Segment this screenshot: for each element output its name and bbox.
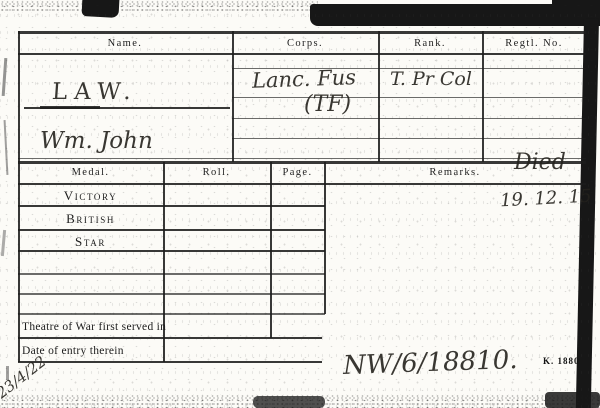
rule-medal-row-5 [18, 293, 325, 295]
column-header-medal: Medal. [18, 167, 163, 178]
rule-right-row-2 [232, 97, 586, 98]
scan-band-top-right [310, 4, 600, 26]
corps-handwritten-line1: Lanc. Fus [252, 65, 357, 93]
rule-medal-row-3 [18, 250, 325, 252]
divider-page-remarks [324, 162, 326, 314]
corps-handwritten-line2: (TF) [304, 92, 351, 117]
rule-medal-row-4 [18, 273, 325, 275]
remarks-handwritten-date: 19. 12. 15 [500, 186, 593, 212]
scan-edge-left-mark-2 [4, 120, 9, 175]
scan-edge-right-band [576, 18, 599, 408]
scan-blob-bottom-right [545, 392, 600, 408]
scan-corner-top-right [552, 0, 600, 14]
scan-edge-left-mark-1 [2, 58, 8, 96]
medal-row-star: Star [18, 234, 163, 250]
form-code: K. 1880 [543, 356, 580, 366]
card-top-border [18, 31, 586, 34]
column-header-regtl-no: Regtl. No. [482, 38, 586, 49]
column-header-page: Page. [270, 167, 325, 178]
scan-blob-top-left [82, 0, 120, 18]
rule-under-surname-heavy [40, 106, 100, 109]
rank-handwritten: T. Pr Col [390, 68, 472, 90]
corner-date-handwritten: 23/4/22 [0, 352, 50, 402]
scan-noise-bottom-band [0, 394, 600, 408]
header-underline [18, 53, 586, 55]
column-header-name: Name. [18, 38, 232, 49]
medal-index-card: Name. Corps. Rank. Regtl. No. Medal. Rol… [0, 0, 600, 408]
column-header-roll: Roll. [163, 167, 270, 178]
rule-right-row-4 [232, 138, 586, 139]
medal-row-british: British [18, 211, 163, 227]
section-divider-thick [18, 161, 586, 164]
medal-row-victory: Victory [18, 188, 163, 204]
column-header-rank: Rank. [378, 38, 482, 49]
rule-medal-row-1 [18, 205, 325, 207]
scan-noise-top-band [0, 0, 318, 13]
label-theatre-of-war: Theatre of War first served in [22, 321, 166, 333]
rule-theatre-row [18, 337, 322, 339]
rule-right-row-3 [232, 118, 586, 119]
forenames-handwritten: Wm. John [40, 128, 153, 154]
rule-medal-row-6 [18, 313, 325, 315]
scan-blob-bottom-center [253, 396, 325, 408]
medal-header-underline [18, 183, 586, 185]
rule-date-entry-row [18, 361, 322, 363]
surname-handwritten: LAW. [51, 79, 139, 105]
reference-number-handwritten: NW/6/18810. [343, 345, 518, 381]
scan-edge-left-mark-3 [1, 230, 6, 256]
rule-medal-row-2 [18, 229, 325, 231]
column-header-corps: Corps. [232, 38, 378, 49]
remarks-handwritten-died: Died [514, 150, 566, 175]
section-divider-thin [18, 158, 586, 159]
divider-roll-page [270, 162, 272, 338]
